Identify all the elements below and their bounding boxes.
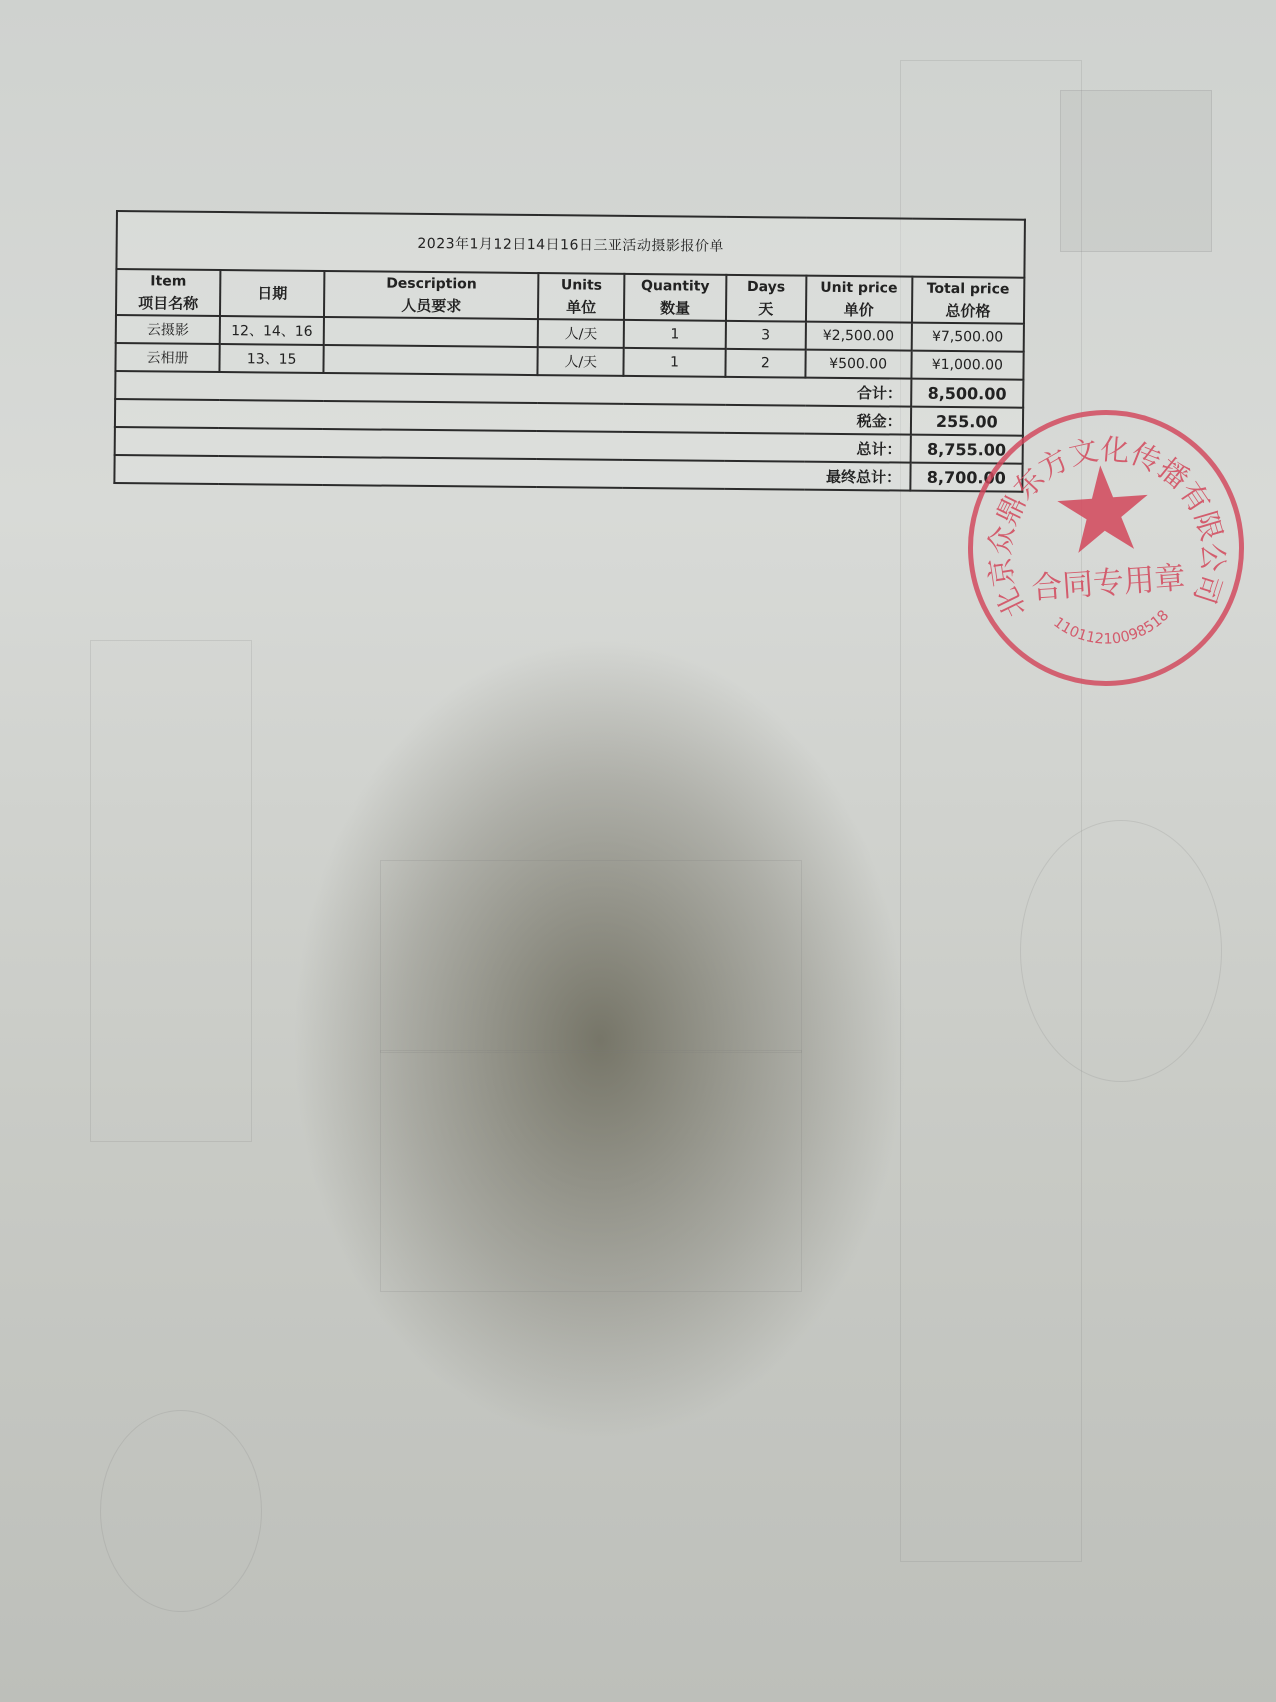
seal-number: 11011210098518 (1049, 607, 1173, 652)
show-through-line (380, 1050, 802, 1053)
cell-quantity: 1 (623, 348, 725, 377)
cell-unit-price: ¥500.00 (805, 350, 911, 379)
cell-date: 12、14、16 (220, 316, 324, 345)
star-icon (1055, 462, 1151, 554)
cell-quantity: 1 (624, 320, 726, 349)
cell-description (324, 345, 538, 375)
show-through-box (380, 860, 802, 1292)
col-header-unit-price: Unit price单价 (806, 276, 913, 323)
cell-days: 3 (726, 321, 806, 350)
cell-days: 2 (725, 349, 805, 378)
col-header-date: 日期 (220, 270, 324, 317)
cell-unit-price: ¥2,500.00 (805, 322, 911, 351)
document-title: 2023年1月12日14日16日三亚活动摄影报价单 (116, 211, 1025, 278)
cell-units: 人/天 (538, 347, 624, 376)
col-header-item: Item项目名称 (116, 269, 220, 316)
cell-item: 云相册 (115, 343, 219, 372)
summary-value: 8,500.00 (911, 379, 1024, 408)
cell-total-price: ¥1,000.00 (911, 351, 1024, 380)
cell-description (324, 317, 538, 347)
cell-item: 云摄影 (116, 315, 220, 344)
col-header-units: Units单位 (538, 273, 624, 320)
seal-purpose: 合同专用章 (1030, 560, 1186, 607)
cell-total-price: ¥7,500.00 (911, 323, 1024, 352)
show-through-seal (1020, 820, 1222, 1082)
quotation-table: 2023年1月12日14日16日三亚活动摄影报价单 Item项目名称 日期 De… (113, 210, 1026, 493)
col-header-days: Days天 (726, 275, 806, 322)
col-header-description: Description人员要求 (324, 271, 539, 319)
cell-units: 人/天 (538, 319, 624, 348)
show-through-seal (100, 1410, 262, 1612)
show-through-qr (1060, 90, 1212, 252)
show-through-box (90, 640, 252, 1142)
seal-graphic: 北京众鼎东方文化传播有限公司 合同专用章 11011210098518 (964, 406, 1248, 690)
col-header-total-price: Total price总价格 (912, 277, 1025, 324)
col-header-quantity: Quantity数量 (624, 274, 726, 321)
company-seal: 北京众鼎东方文化传播有限公司 合同专用章 11011210098518 (959, 401, 1254, 696)
quotation-sheet: 2023年1月12日14日16日三亚活动摄影报价单 Item项目名称 日期 De… (113, 210, 1026, 493)
cell-date: 13、15 (219, 344, 323, 373)
